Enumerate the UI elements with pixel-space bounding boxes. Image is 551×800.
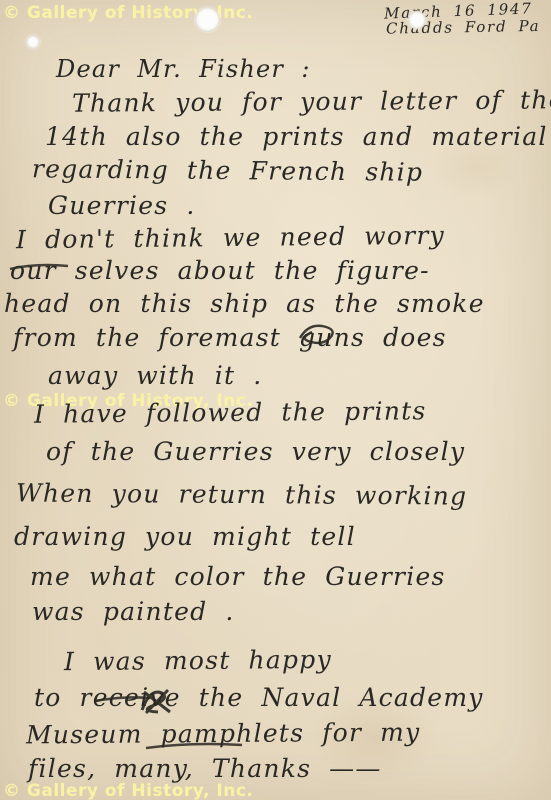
handwriting-line: I was most happy xyxy=(64,647,332,674)
punch-hole xyxy=(408,11,426,29)
handwriting-line: I have followed the prints xyxy=(34,398,427,426)
handwriting-line: me what color the Guerries xyxy=(30,564,446,589)
handwriting-line: When you return this working xyxy=(16,480,467,508)
watermark: © Gallery of History, Inc. xyxy=(3,781,253,800)
handwriting-line: Museum pamphlets for my xyxy=(26,720,421,748)
letter-page: © Gallery of History, Inc. © Gallery of … xyxy=(0,0,551,800)
punch-hole xyxy=(195,7,220,32)
handwriting-line: head on this ship as the smoke xyxy=(4,291,485,316)
handwriting-line: Guerries . xyxy=(48,193,196,218)
salutation-line: Dear Mr. Fisher : xyxy=(56,57,311,81)
handwriting-line: files, many, Thanks —— xyxy=(28,756,382,781)
punch-hole xyxy=(26,35,40,49)
handwriting-line: regarding the French ship xyxy=(32,156,423,184)
handwriting-line: drawing you might tell xyxy=(14,524,356,549)
handwriting-line: away with it . xyxy=(48,363,262,388)
handwriting-line: to receive the Naval Academy xyxy=(34,685,484,710)
handwriting-line: from the foremast guns does xyxy=(13,325,447,350)
handwriting-line: our selves about the figure- xyxy=(10,258,430,283)
handwriting-line: Thank you for your letter of the xyxy=(72,87,551,115)
handwriting-line: was painted . xyxy=(32,599,235,624)
handwriting-line: I don't think we need worry xyxy=(16,223,445,252)
handwriting-line: of the Guerries very closely xyxy=(46,439,465,464)
handwriting-line: 14th also the prints and material xyxy=(45,124,548,149)
